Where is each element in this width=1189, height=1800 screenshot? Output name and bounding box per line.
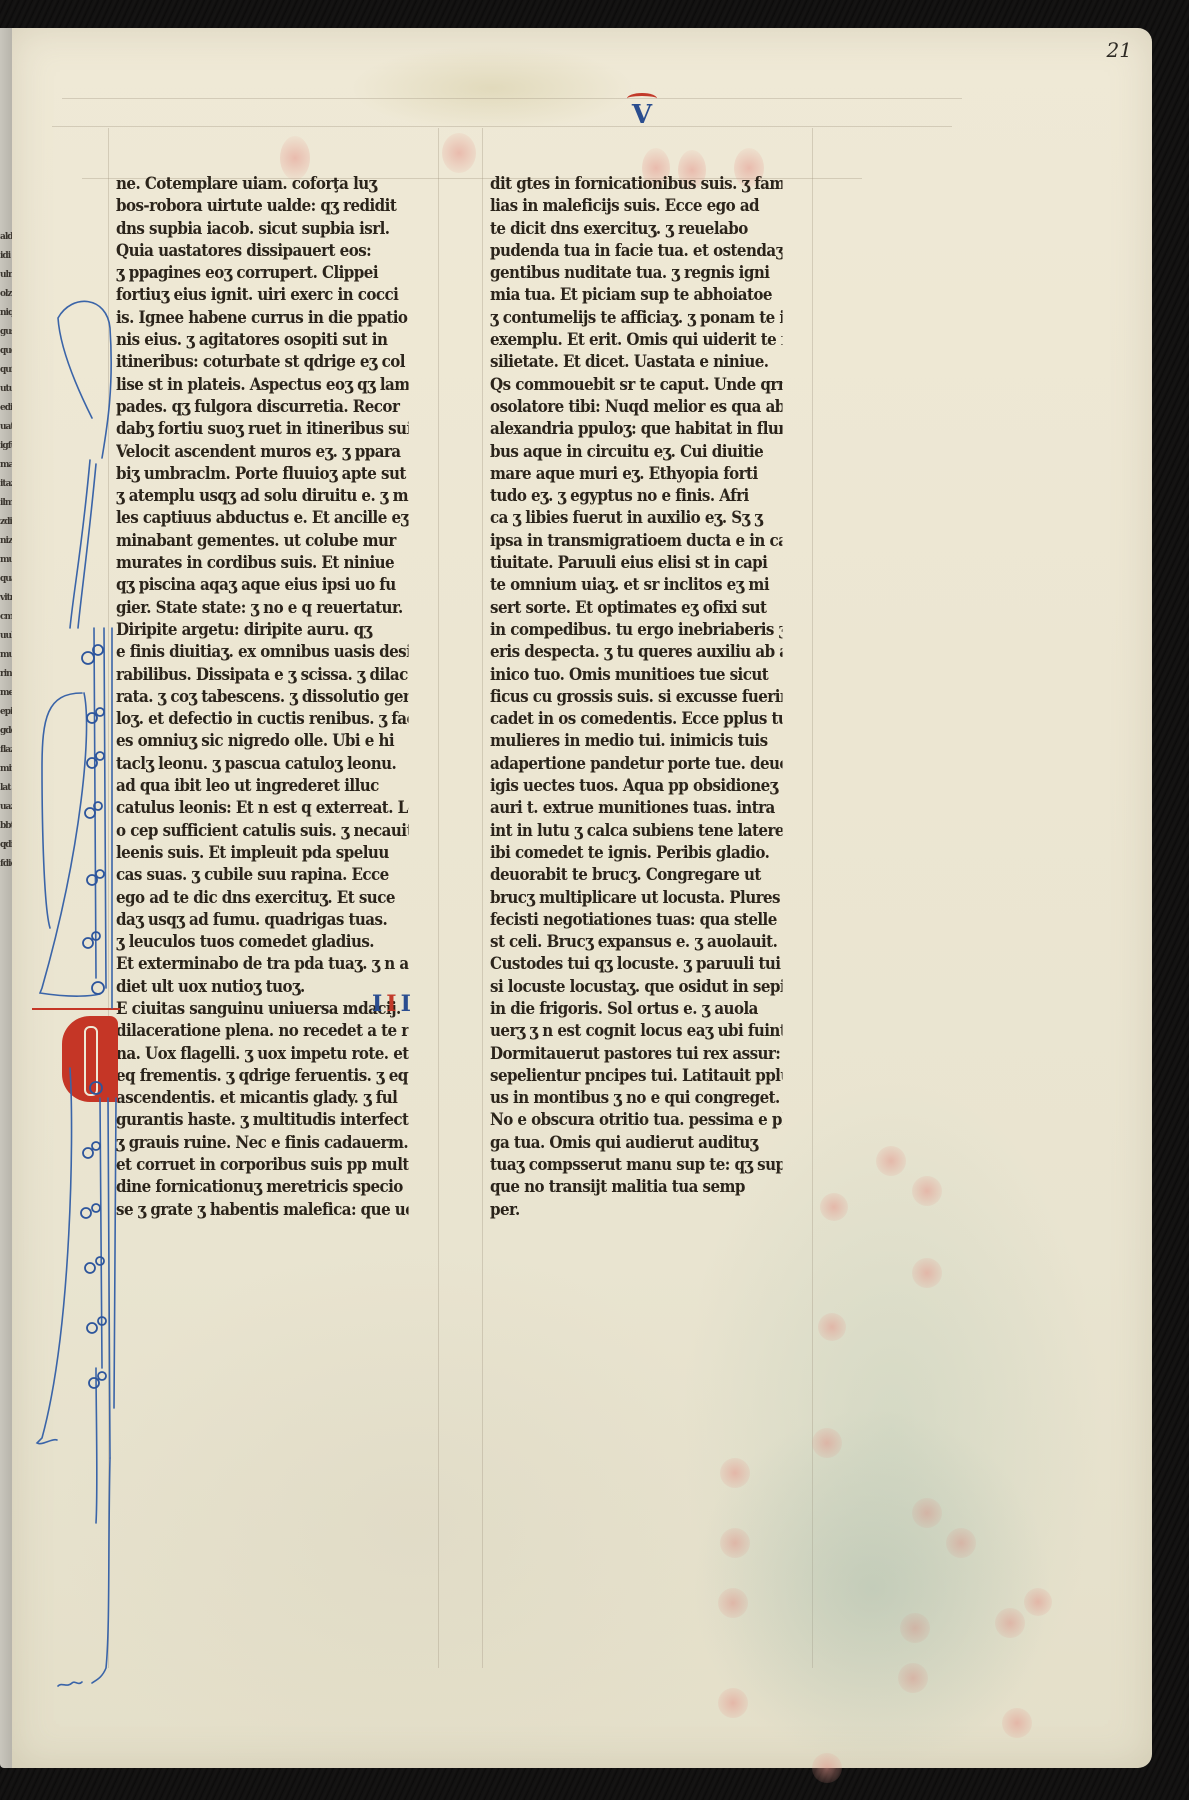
manuscript-leaf: 21 V ne. Cotemplare uiam. coforţa luʒ bo… [12, 28, 1152, 1768]
penwork-flourish-icon [12, 28, 1152, 1768]
